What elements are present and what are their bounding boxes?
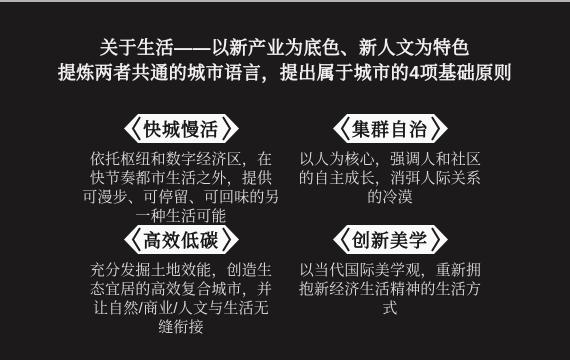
principle-badge-label: 集群自治 xyxy=(333,114,448,143)
principle-card-fast-city-slow-life: 快城慢活 依托枢纽和数字经济区，在 快节奏都市生活之外，提供 可漫步、可停留、可… xyxy=(81,114,281,226)
principle-badge-label: 创新美学 xyxy=(333,225,448,254)
description-line: 以当代国际美学观，重新拥 xyxy=(290,261,490,280)
principle-description: 以人为核心，强调人和社区 的自主成长，消弭人际关系 的冷漠 xyxy=(290,150,490,207)
principle-description: 以当代国际美学观，重新拥 抱新经济生活精神的生活方 式 xyxy=(290,261,490,318)
principle-card-high-efficiency-low-carbon: 高效低碳 充分发掘土地效能，创造生 态宜居的高效复合城市，并 让自然/商业/人文… xyxy=(81,225,281,337)
principle-badge: 集群自治 xyxy=(333,114,448,143)
description-line: 的冷漠 xyxy=(290,188,490,207)
principle-card-cluster-autonomy: 集群自治 以人为核心，强调人和社区 的自主成长，消弭人际关系 的冷漠 xyxy=(290,114,490,207)
description-line: 一种生活可能 xyxy=(81,207,281,226)
principle-description: 依托枢纽和数字经济区，在 快节奏都市生活之外，提供 可漫步、可停留、可回味的另 … xyxy=(81,150,281,226)
principle-card-innovative-aesthetics: 创新美学 以当代国际美学观，重新拥 抱新经济生活精神的生活方 式 xyxy=(290,225,490,318)
description-line: 式 xyxy=(290,299,490,318)
principle-badge: 创新美学 xyxy=(333,225,448,254)
description-line: 态宜居的高效复合城市，并 xyxy=(81,280,281,299)
description-line: 快节奏都市生活之外，提供 xyxy=(81,169,281,188)
description-line: 以人为核心，强调人和社区 xyxy=(290,150,490,169)
principle-badge-label: 快城慢活 xyxy=(124,114,239,143)
principle-badge-label: 高效低碳 xyxy=(124,225,239,254)
slide: 关于生活——以新产业为底色、新人文为特色 提炼两者共通的城市语言，提出属于城市的… xyxy=(0,0,570,360)
description-line: 的自主成长，消弭人际关系 xyxy=(290,169,490,188)
page-title-line-1: 关于生活——以新产业为底色、新人文为特色 xyxy=(0,36,570,61)
principle-badge: 快城慢活 xyxy=(124,114,239,143)
principle-description: 充分发掘土地效能，创造生 态宜居的高效复合城市，并 让自然/商业/人文与生活无 … xyxy=(81,261,281,337)
principle-badge: 高效低碳 xyxy=(124,225,239,254)
description-line: 抱新经济生活精神的生活方 xyxy=(290,280,490,299)
description-line: 依托枢纽和数字经济区，在 xyxy=(81,150,281,169)
description-line: 充分发掘土地效能，创造生 xyxy=(81,261,281,280)
window-top-edge xyxy=(0,0,570,2)
description-line: 缝衔接 xyxy=(81,318,281,337)
description-line: 可漫步、可停留、可回味的另 xyxy=(81,188,281,207)
page-title-line-2: 提炼两者共通的城市语言，提出属于城市的4项基础原则 xyxy=(0,61,570,86)
description-line: 让自然/商业/人文与生活无 xyxy=(81,299,281,318)
page-title: 关于生活——以新产业为底色、新人文为特色 提炼两者共通的城市语言，提出属于城市的… xyxy=(0,36,570,86)
